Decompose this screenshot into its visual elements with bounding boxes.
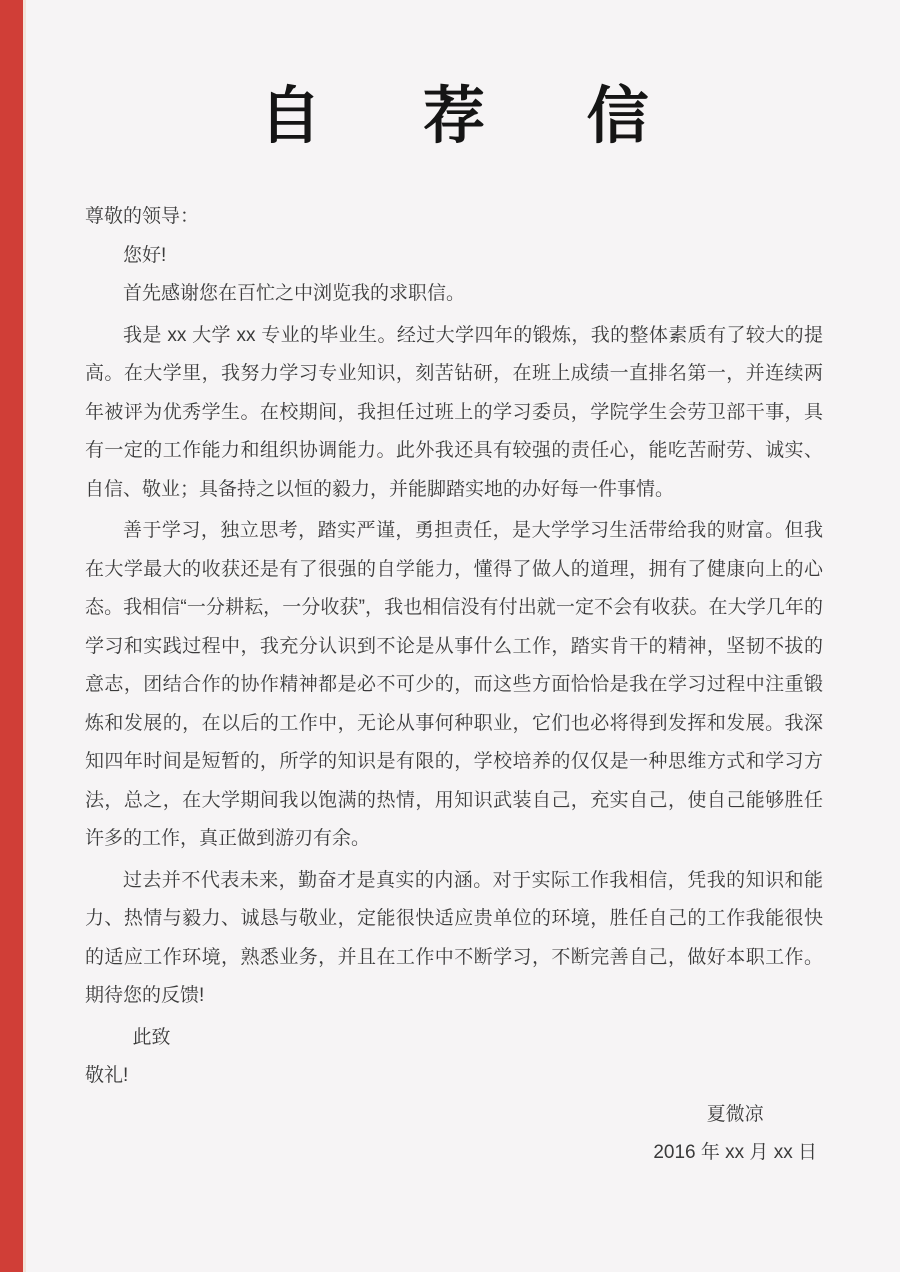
letter-page: 自 荐 信 尊敬的领导： 您好! 首先感谢您在百忙之中浏览我的求职信。 我是 x… <box>85 0 823 1173</box>
body-paragraph-3: 过去并不代表未来，勤奋才是真实的内涵。对于实际工作我相信，凭我的知识和能力、热情… <box>85 862 823 1016</box>
body-paragraph-1: 我是 xx 大学 xx 专业的毕业生。经过大学四年的锻炼，我的整体素质有了较大的… <box>85 317 823 510</box>
salutation-line: 尊敬的领导： <box>85 198 823 237</box>
closing-jingli: 敬礼! <box>85 1057 823 1096</box>
signature-name: 夏微凉 <box>653 1096 817 1135</box>
opening-line: 首先感谢您在百忙之中浏览我的求职信。 <box>85 275 823 314</box>
left-accent-stripe <box>0 0 26 1272</box>
closing-cizhi: 此致 <box>85 1019 823 1058</box>
signature-date: 2016 年 xx 月 xx 日 <box>653 1134 817 1173</box>
body-paragraph-2: 善于学习，独立思考，踏实严谨，勇担责任，是大学学习生活带给我的财富。但我在大学最… <box>85 512 823 859</box>
greeting-line: 您好! <box>85 237 823 276</box>
letter-title: 自 荐 信 <box>85 70 823 162</box>
signature-block: 夏微凉 2016 年 xx 月 xx 日 <box>653 1096 817 1173</box>
